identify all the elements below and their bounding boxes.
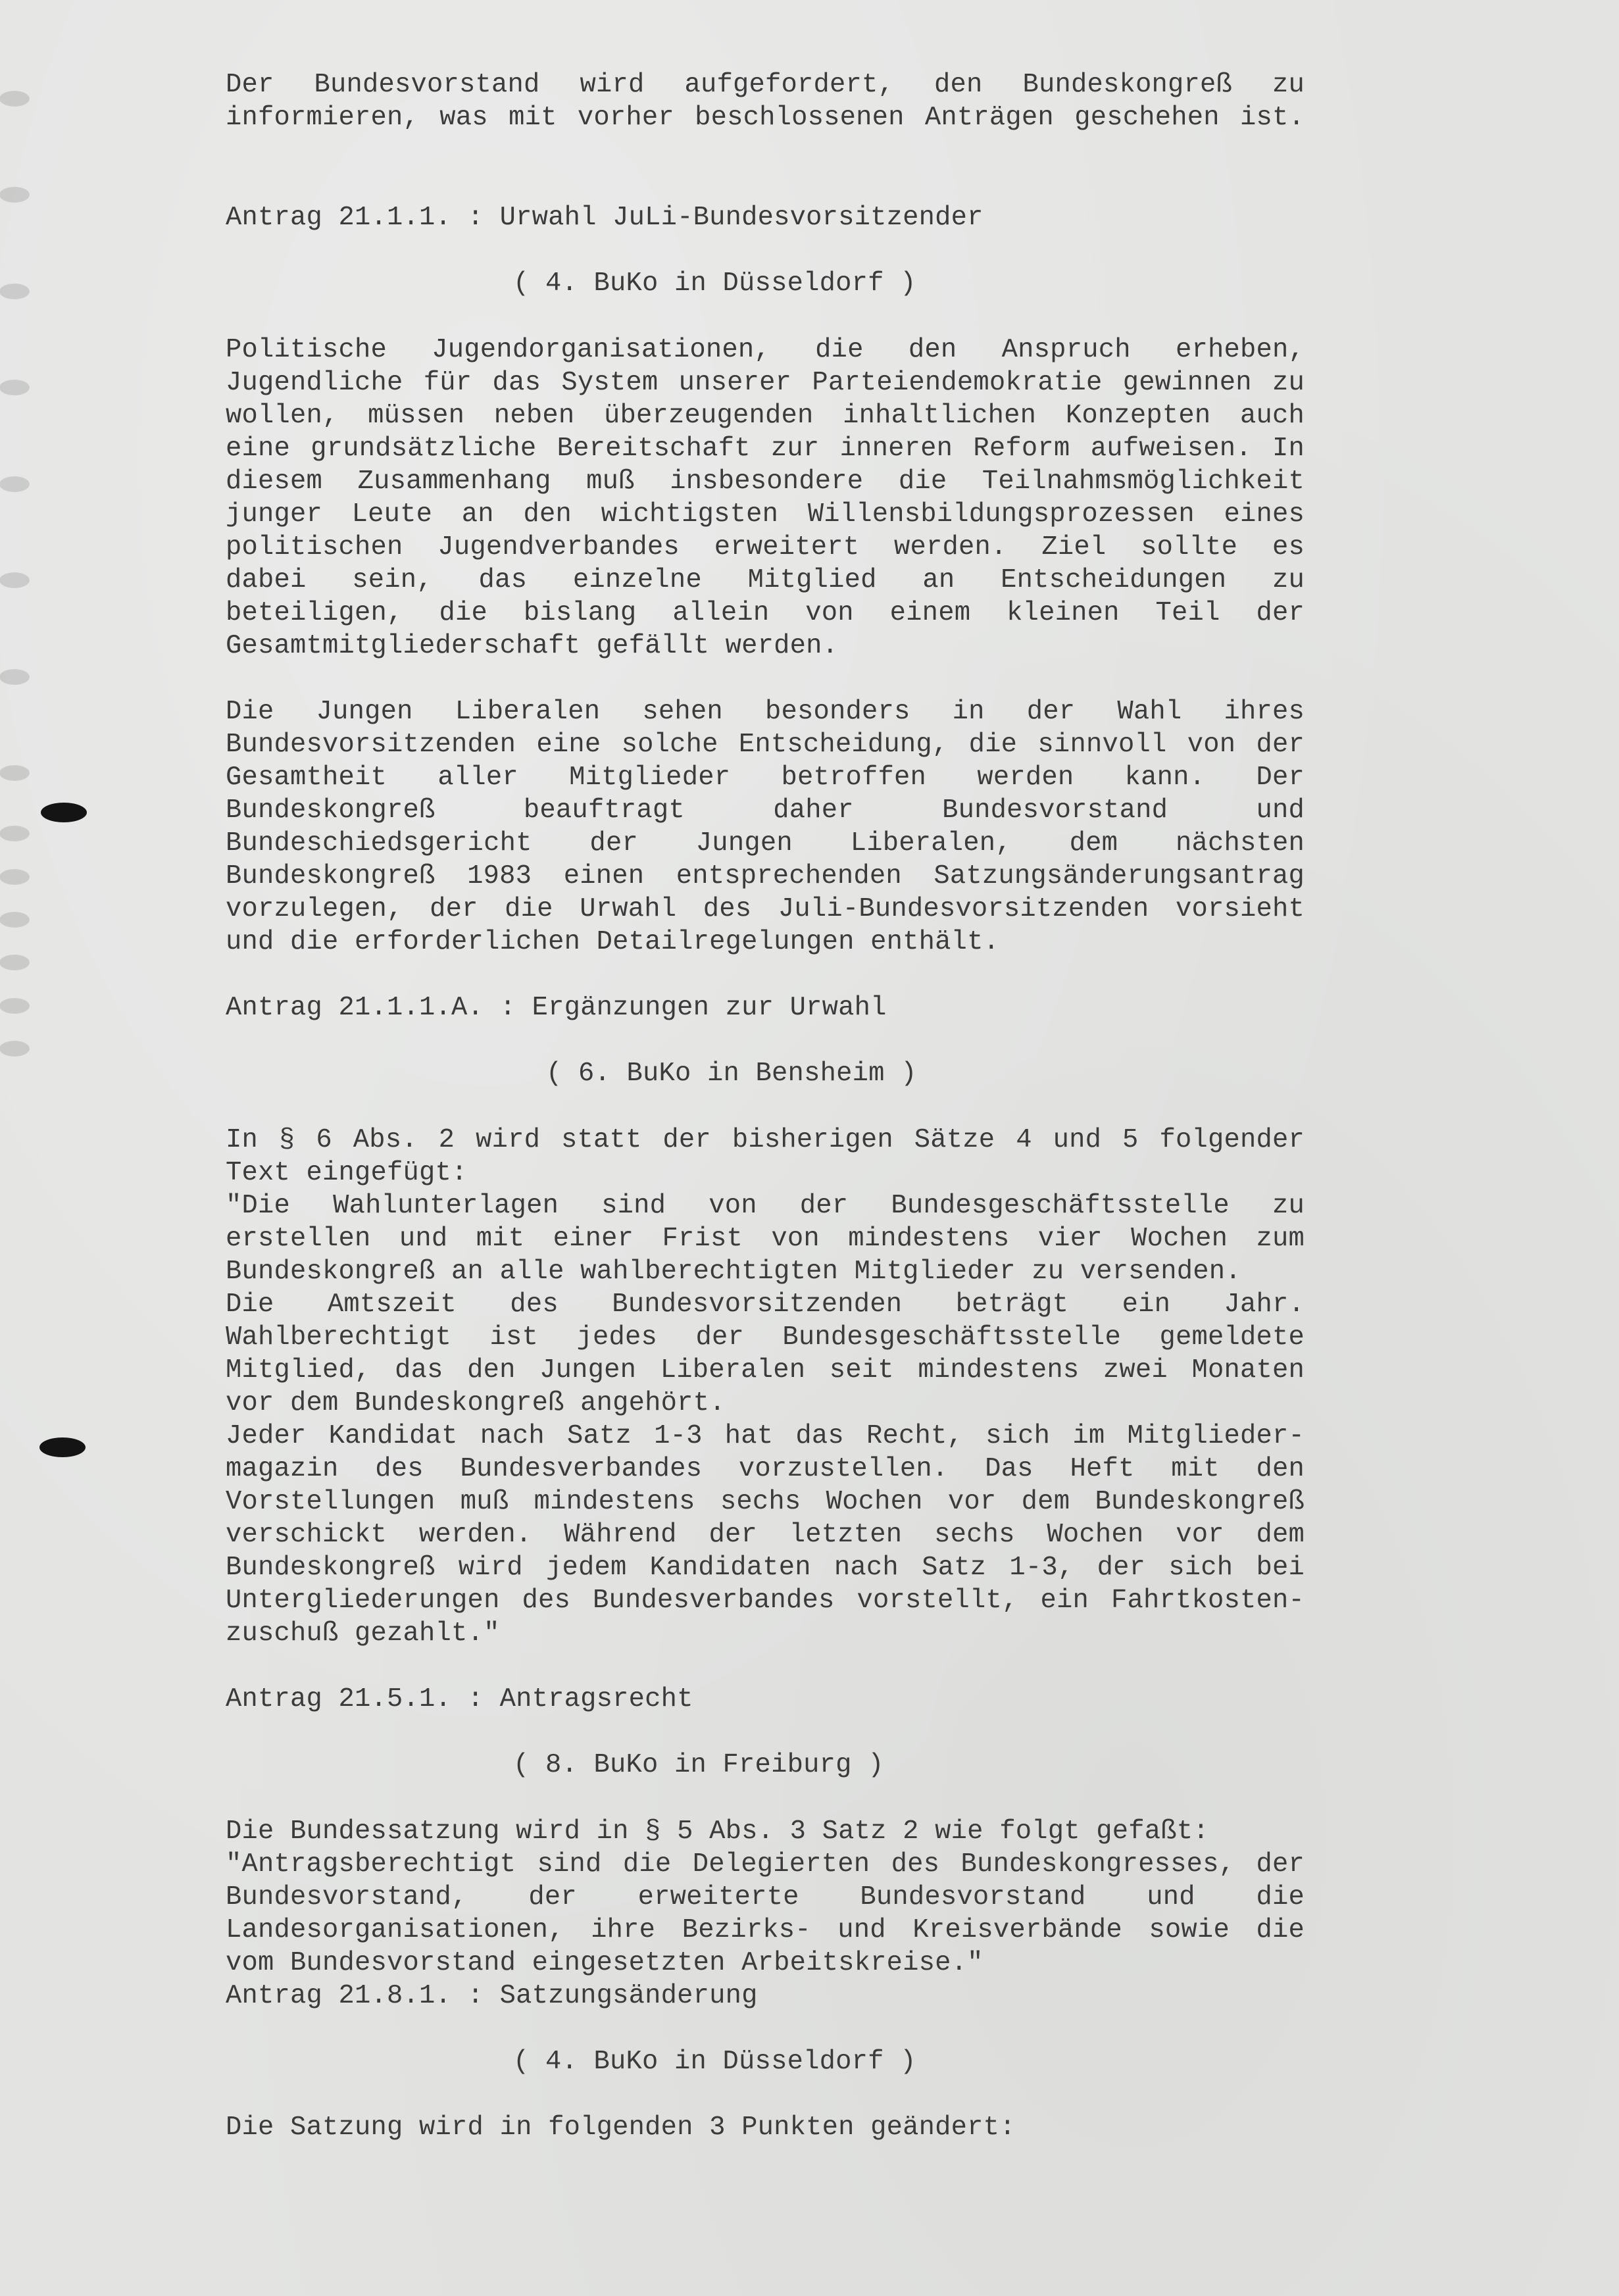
body-line: Die Jungen Liberalen sehen besonders in …: [226, 695, 1305, 728]
body-line: Bundeskongreß beauftragt daher Bundesvor…: [226, 794, 1305, 827]
intro-line: informieren, was mit vorher beschlossene…: [226, 101, 1305, 134]
body-line: "Antragsberechtigt sind die Delegierten …: [226, 1848, 1305, 1881]
body-line: Mitglied, das den Jungen Liberalen seit …: [226, 1354, 1305, 1387]
body-line: wollen, müssen neben überzeugenden inhal…: [226, 399, 1305, 432]
body-line: Die Amtszeit des Bundesvorsitzenden betr…: [226, 1288, 1305, 1321]
body-line: "Die Wahlunterlagen sind von der Bundesg…: [226, 1189, 1305, 1222]
body-line: Bundesvorstand, der erweiterte Bundesvor…: [226, 1881, 1305, 1914]
body-line: und die erforderlichen Detailregelungen …: [226, 926, 1305, 959]
body-line: Die Bundessatzung wird in § 5 Abs. 3 Sat…: [226, 1815, 1305, 1848]
feed-mark: [0, 955, 29, 970]
body-line: junger Leute an den wichtigsten Willensb…: [226, 498, 1305, 531]
scanned-page: Der Bundesvorstand wird aufgefordert, de…: [0, 0, 1619, 2296]
body-line: Politische Jugendorganisationen, die den…: [226, 334, 1305, 366]
body-line: beteiligen, die bislang allein von einem…: [226, 597, 1305, 630]
body-line: In § 6 Abs. 2 wird statt der bisherigen …: [226, 1124, 1305, 1157]
feed-mark: [0, 912, 29, 927]
body-line: verschickt werden. Während der letzten s…: [226, 1518, 1305, 1551]
body-line: Jugendliche für das System unserer Parte…: [226, 366, 1305, 399]
body-line: Bundeskongreß wird jedem Kandidaten nach…: [226, 1551, 1305, 1584]
feed-mark: [0, 826, 29, 841]
body-line: Bundeskongreß 1983 einen entsprechenden …: [226, 860, 1305, 893]
body-line: Gesamtheit aller Mitglieder betroffen we…: [226, 761, 1305, 794]
intro-line: Der Bundesvorstand wird aufgefordert, de…: [226, 68, 1305, 101]
body-line: Landesorganisationen, ihre Bezirks- und …: [226, 1914, 1305, 1947]
body-line: Bundeschiedsgericht der Jungen Liberalen…: [226, 827, 1305, 860]
body-line: diesem Zusammenhang muß insbesondere die…: [226, 465, 1305, 498]
antrag-origin: ( 4. BuKo in Düsseldorf ): [513, 2045, 916, 2078]
feed-mark: [0, 187, 29, 202]
body-line: Jeder Kandidat nach Satz 1-3 hat das Rec…: [226, 1420, 1305, 1453]
antrag-title: Antrag 21.5.1. : Antragsrecht: [226, 1683, 1305, 1716]
feed-mark: [0, 670, 29, 684]
feed-mark: [0, 284, 29, 299]
body-line: Untergliederungen des Bundesverbandes vo…: [226, 1584, 1305, 1617]
body-line: erstellen und mit einer Frist von mindes…: [226, 1222, 1305, 1255]
antrag-origin: ( 6. BuKo in Bensheim ): [546, 1057, 917, 1090]
feed-mark: [0, 999, 29, 1013]
body-line: Die Satzung wird in folgenden 3 Punkten …: [226, 2111, 1305, 2144]
body-line: politischen Jugendverbandes erweitert we…: [226, 531, 1305, 564]
body-line: Bundesvorsitzenden eine solche Entscheid…: [226, 728, 1305, 761]
antrag-title: Antrag 21.8.1. : Satzungsänderung: [226, 1980, 1305, 2012]
body-line: Wahlberechtigt ist jedes der Bundesgesch…: [226, 1321, 1305, 1354]
antrag-origin: ( 4. BuKo in Düsseldorf ): [513, 267, 916, 300]
body-line: zuschuß gezahlt.": [226, 1617, 1305, 1650]
body-line: vom Bundesvorstand eingesetzten Arbeitsk…: [226, 1947, 1305, 1980]
feed-mark: [0, 477, 29, 491]
feed-mark: [0, 1041, 29, 1056]
punch-hole: [41, 803, 87, 822]
body-line: vor dem Bundeskongreß angehört.: [226, 1387, 1305, 1420]
body-line: Bundeskongreß an alle wahlberechtigten M…: [226, 1255, 1305, 1288]
body-line: Gesamtmitgliederschaft gefällt werden.: [226, 630, 1305, 662]
body-line: Text eingefügt:: [226, 1157, 1305, 1189]
body-line: eine grundsätzliche Bereitschaft zur inn…: [226, 432, 1305, 465]
feed-mark: [0, 766, 29, 780]
feed-mark: [0, 870, 29, 884]
body-line: magazin des Bundesverbandes vorzustellen…: [226, 1453, 1305, 1485]
punch-hole: [39, 1437, 86, 1457]
antrag-title: Antrag 21.1.1. : Urwahl JuLi-Bundesvorsi…: [226, 201, 1305, 234]
feed-mark: [0, 380, 29, 395]
antrag-origin: ( 8. BuKo in Freiburg ): [513, 1749, 884, 1782]
body-line: dabei sein, das einzelne Mitglied an Ent…: [226, 564, 1305, 597]
body-line: vorzulegen, der die Urwahl des Juli-Bund…: [226, 893, 1305, 926]
body-line: Vorstellungen muß mindestens sechs Woche…: [226, 1485, 1305, 1518]
feed-mark: [0, 91, 29, 106]
feed-mark: [0, 573, 29, 587]
antrag-title: Antrag 21.1.1.A. : Ergänzungen zur Urwah…: [226, 991, 1305, 1024]
